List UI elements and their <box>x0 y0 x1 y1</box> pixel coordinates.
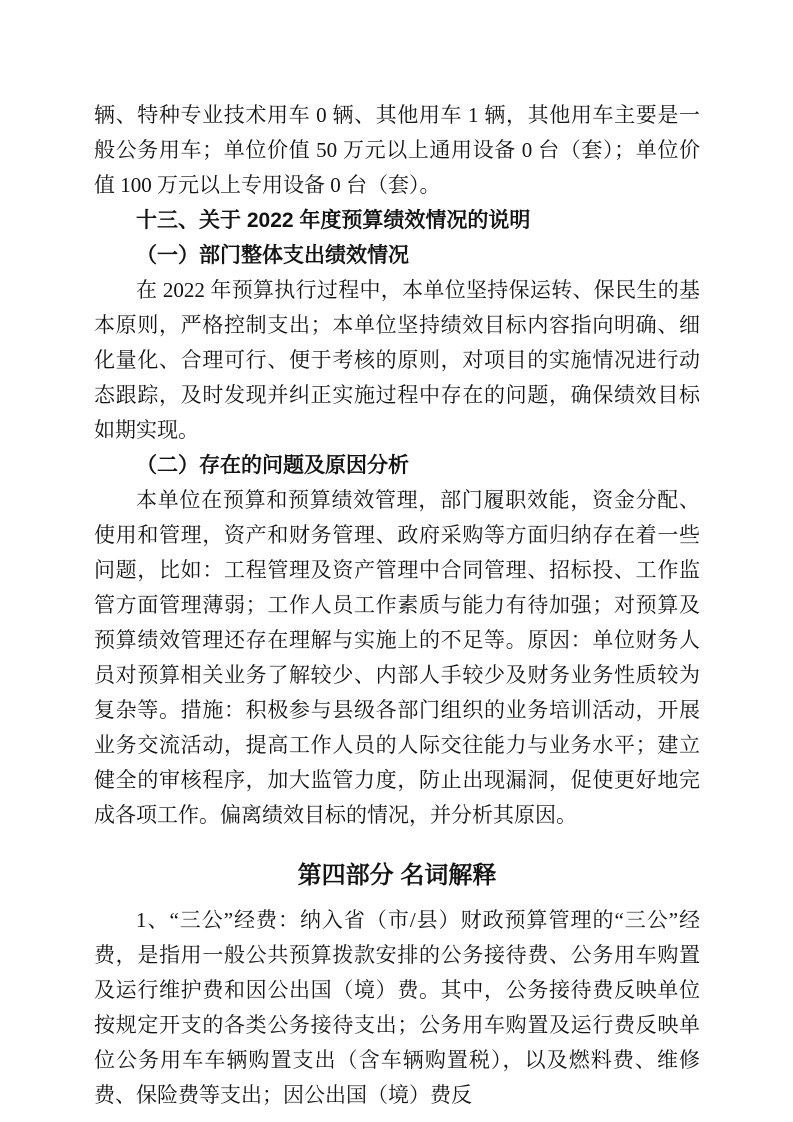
heading-part-4-glossary: 第四部分 名词解释 <box>94 855 700 897</box>
paragraph-term-three-public-funds: 1、“三公”经费：纳入省（市/县）财政预算管理的“三公”经费，是指用一般公共预算… <box>94 903 700 1113</box>
heading-section-13: 十三、关于 2022 年度预算绩效情况的说明 <box>94 203 700 238</box>
heading-section-13-sub-2: （二）存在的问题及原因分析 <box>94 448 700 483</box>
document-page: 辆、特种专业技术用车 0 辆、其他用车 1 辆，其他用车主要是一般公务用车；单位… <box>0 0 793 1122</box>
heading-section-13-sub-1: （一）部门整体支出绩效情况 <box>94 238 700 273</box>
paragraph-vehicle-equipment-continuation: 辆、特种专业技术用车 0 辆、其他用车 1 辆，其他用车主要是一般公务用车；单位… <box>94 98 700 203</box>
paragraph-overall-performance: 在 2022 年预算执行过程中，本单位坚持保运转、保民生的基本原则，严格控制支出… <box>94 273 700 448</box>
paragraph-problems-and-analysis: 本单位在预算和预算绩效管理，部门履职效能，资金分配、使用和管理，资产和财务管理、… <box>94 483 700 833</box>
